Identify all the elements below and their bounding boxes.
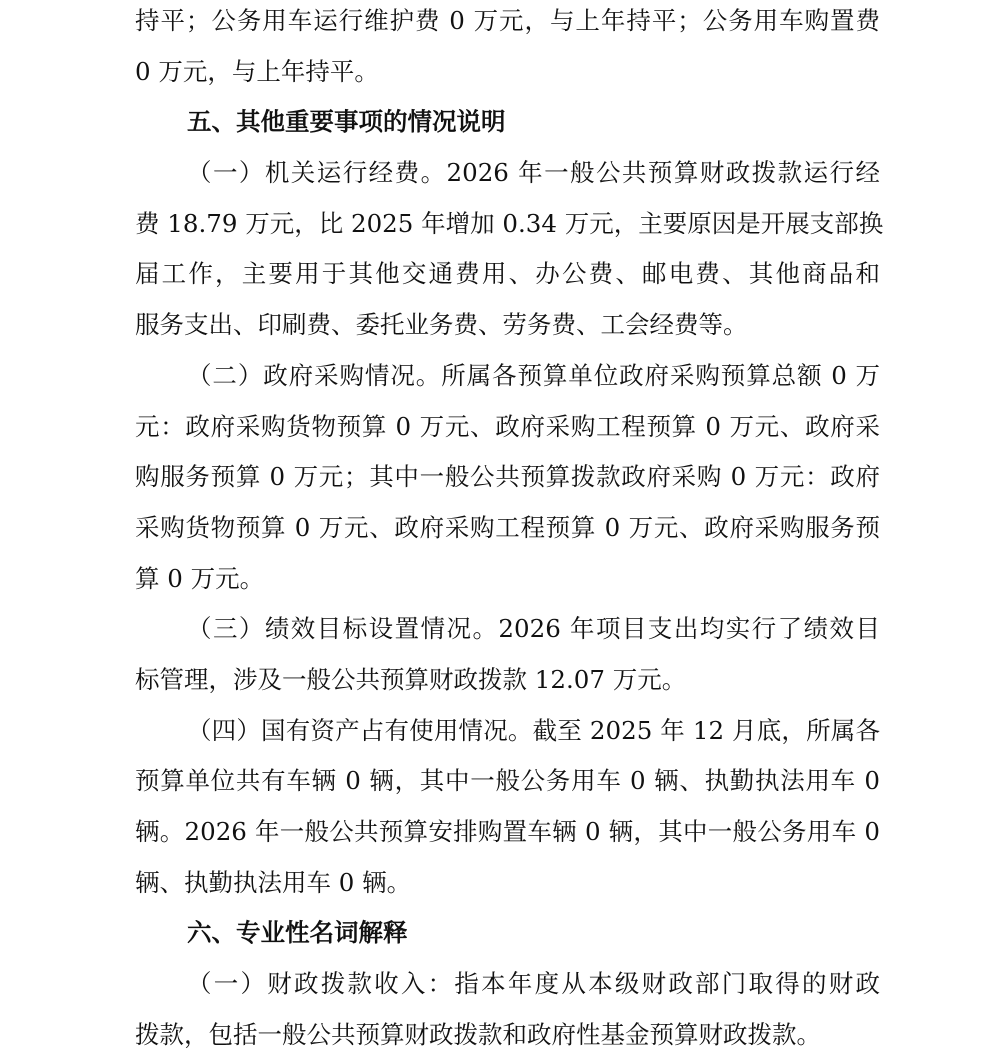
section-heading-other-matters: 五、其他重要事项的情况说明 — [135, 97, 880, 148]
text-line: （一）机关运行经费。2026 年一般公共预算财政拨款运行经 — [135, 148, 880, 199]
text-line: 购服务预算 0 万元；其中一般公共预算拨款政府采购 0 万元：政府 — [135, 452, 880, 503]
text-line: （三）绩效目标设置情况。2026 年项目支出均实行了绩效目 — [135, 604, 880, 655]
text-line: 采购货物预算 0 万元、政府采购工程预算 0 万元、政府采购服务预 — [135, 503, 880, 554]
section-heading-terminology: 六、专业性名词解释 — [135, 908, 880, 959]
text-line: 0 万元，与上年持平。 — [135, 47, 880, 98]
text-line: 预算单位共有车辆 0 辆，其中一般公务用车 0 辆、执勤执法用车 0 — [135, 756, 880, 807]
text-line: 辆。2026 年一般公共预算安排购置车辆 0 辆，其中一般公务用车 0 — [135, 807, 880, 858]
text-line: （二）政府采购情况。所属各预算单位政府采购预算总额 0 万 — [135, 351, 880, 402]
text-line: 拨款，包括一般公共预算财政拨款和政府性基金预算财政拨款。 — [135, 1010, 880, 1053]
text-line: 服务支出、印刷费、委托业务费、劳务费、工会经费等。 — [135, 300, 880, 351]
continued-paragraph: 持平；公务用车运行维护费 0 万元，与上年持平；公务用车购置费 0 万元，与上年… — [135, 0, 880, 97]
text-line: 元：政府采购货物预算 0 万元、政府采购工程预算 0 万元、政府采 — [135, 402, 880, 453]
text-line: （一）财政拨款收入：指本年度从本级财政部门取得的财政 — [135, 959, 880, 1010]
paragraph-fiscal-appropriation-income: （一）财政拨款收入：指本年度从本级财政部门取得的财政 拨款，包括一般公共预算财政… — [135, 959, 880, 1053]
text-line: 辆、执勤执法用车 0 辆。 — [135, 858, 880, 909]
paragraph-government-procurement: （二）政府采购情况。所属各预算单位政府采购预算总额 0 万 元：政府采购货物预算… — [135, 351, 880, 604]
paragraph-operating-expenses: （一）机关运行经费。2026 年一般公共预算财政拨款运行经 费 18.79 万元… — [135, 148, 880, 351]
text-line: 费 18.79 万元，比 2025 年增加 0.34 万元，主要原因是开展支部换 — [135, 199, 880, 250]
document-page: 持平；公务用车运行维护费 0 万元，与上年持平；公务用车购置费 0 万元，与上年… — [135, 0, 880, 1053]
text-line: 持平；公务用车运行维护费 0 万元，与上年持平；公务用车购置费 — [135, 0, 880, 47]
text-line: 标管理，涉及一般公共预算财政拨款 12.07 万元。 — [135, 655, 880, 706]
text-line: 算 0 万元。 — [135, 554, 880, 605]
paragraph-performance-targets: （三）绩效目标设置情况。2026 年项目支出均实行了绩效目 标管理，涉及一般公共… — [135, 604, 880, 705]
text-line: 届工作，主要用于其他交通费用、办公费、邮电费、其他商品和 — [135, 249, 880, 300]
text-line: （四）国有资产占有使用情况。截至 2025 年 12 月底，所属各 — [135, 706, 880, 757]
paragraph-state-assets: （四）国有资产占有使用情况。截至 2025 年 12 月底，所属各 预算单位共有… — [135, 706, 880, 909]
